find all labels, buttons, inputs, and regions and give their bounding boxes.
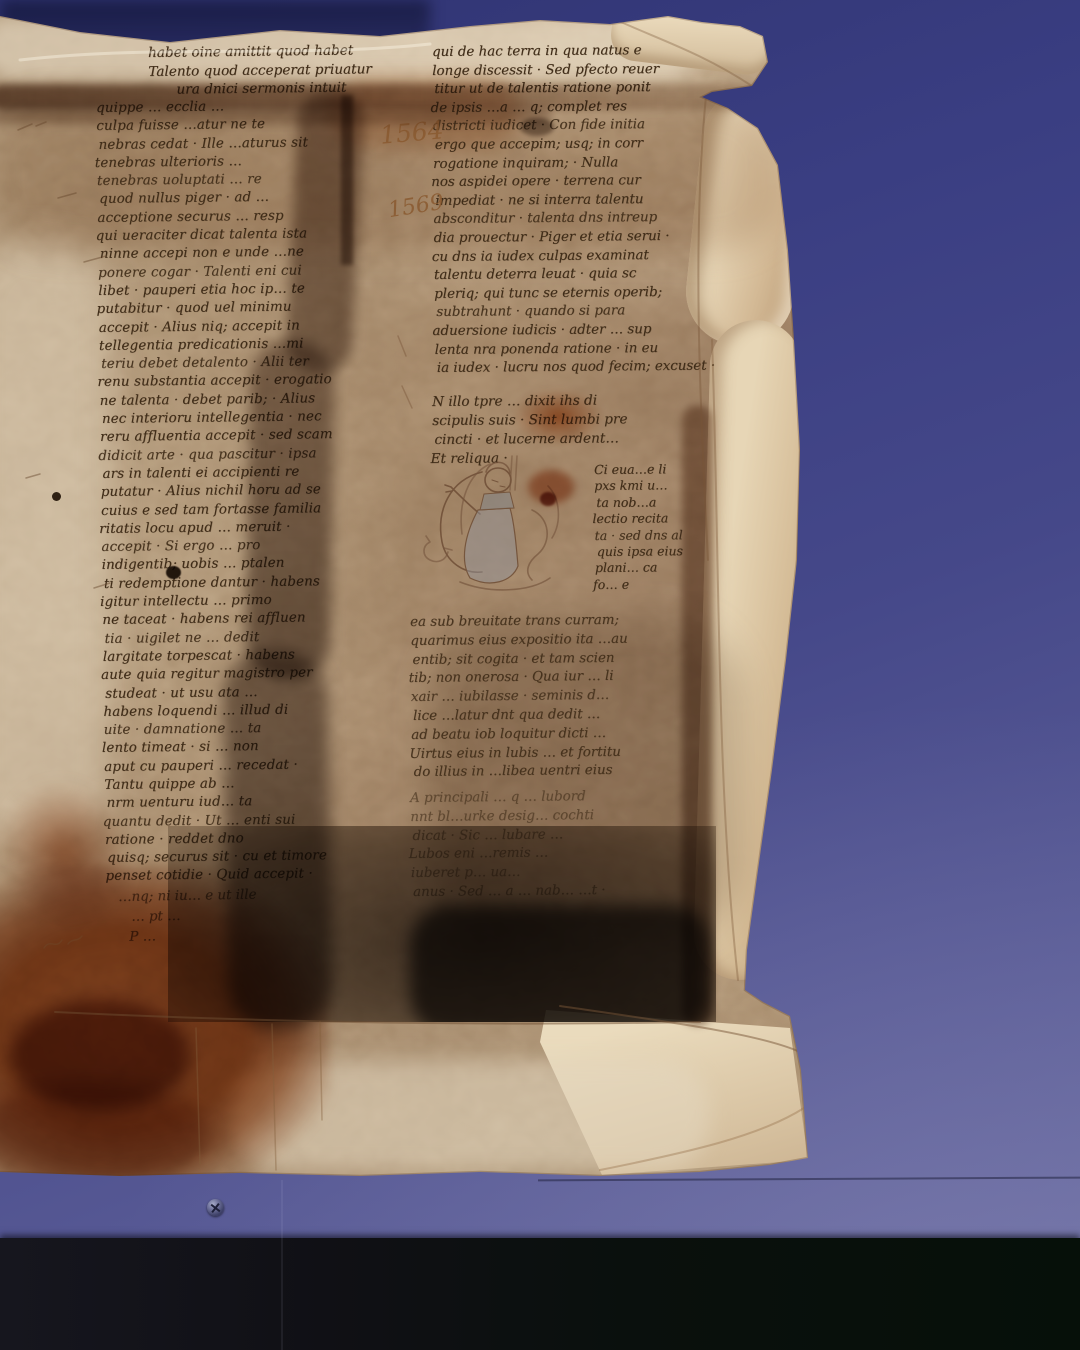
figure-arm-sketch — [445, 485, 480, 514]
animal-sketch — [424, 536, 452, 562]
manuscript-line: pxs kmi u… — [594, 477, 759, 495]
left-column-header: habet oine amittit quod habetTalento quo… — [148, 41, 372, 100]
figure-robe — [464, 508, 518, 583]
case-edge-shadow — [0, 1238, 1080, 1350]
mounting-screw — [207, 1199, 224, 1216]
museum-photo: habet oine amittit quod habetTalento quo… — [0, 0, 1080, 1350]
manuscript-line: ergo que accepim; usq; in corr — [435, 134, 775, 156]
annotation-date-upper: 1564 — [379, 115, 445, 149]
figure-drawing — [420, 450, 595, 605]
manuscript-line: habet oine amittit quod habet — [148, 41, 372, 62]
stain-blob — [168, 826, 716, 1022]
manuscript-line: quis ipsa eius — [597, 543, 762, 561]
manuscript-line: aduersione iudicis · adter … sup — [432, 320, 772, 342]
figure-head — [485, 468, 511, 492]
text-beside-drawing: Ci eua…e lipxs kmi u…ta nob…alectio reci… — [594, 461, 760, 594]
manuscript-line: ta nob…a — [596, 493, 761, 511]
left-text-column: quippe … ecclia …culpa fuisse …atur ne t… — [96, 96, 436, 887]
manuscript-line: plani… ca — [595, 559, 760, 577]
stain-blob — [410, 905, 710, 1022]
manuscript-line: cu dns ia iudex culpas examinat — [432, 246, 772, 268]
manuscript-line: absconditur · talenta dns intreup — [433, 208, 773, 230]
manuscript-line: do illius in …libea uentri eius — [414, 761, 774, 784]
manuscript-line: Ci eua…e li — [594, 461, 759, 479]
manuscript-line: lectio recita — [592, 510, 757, 528]
manuscript-line: lice …latur dnt qua dedit … — [413, 704, 773, 727]
case-vertical-seam — [281, 1180, 283, 1350]
manuscript-line: fo… e — [593, 575, 758, 593]
manuscript-line: ia iudex · lucru nos quod fecim; excuset… — [437, 357, 777, 379]
dark-stain-region — [168, 826, 716, 1022]
manuscript-line: ta · sed dns al — [595, 526, 760, 544]
right-column-continuation: ea sub breuitate trans curram;quarimus e… — [410, 610, 772, 783]
